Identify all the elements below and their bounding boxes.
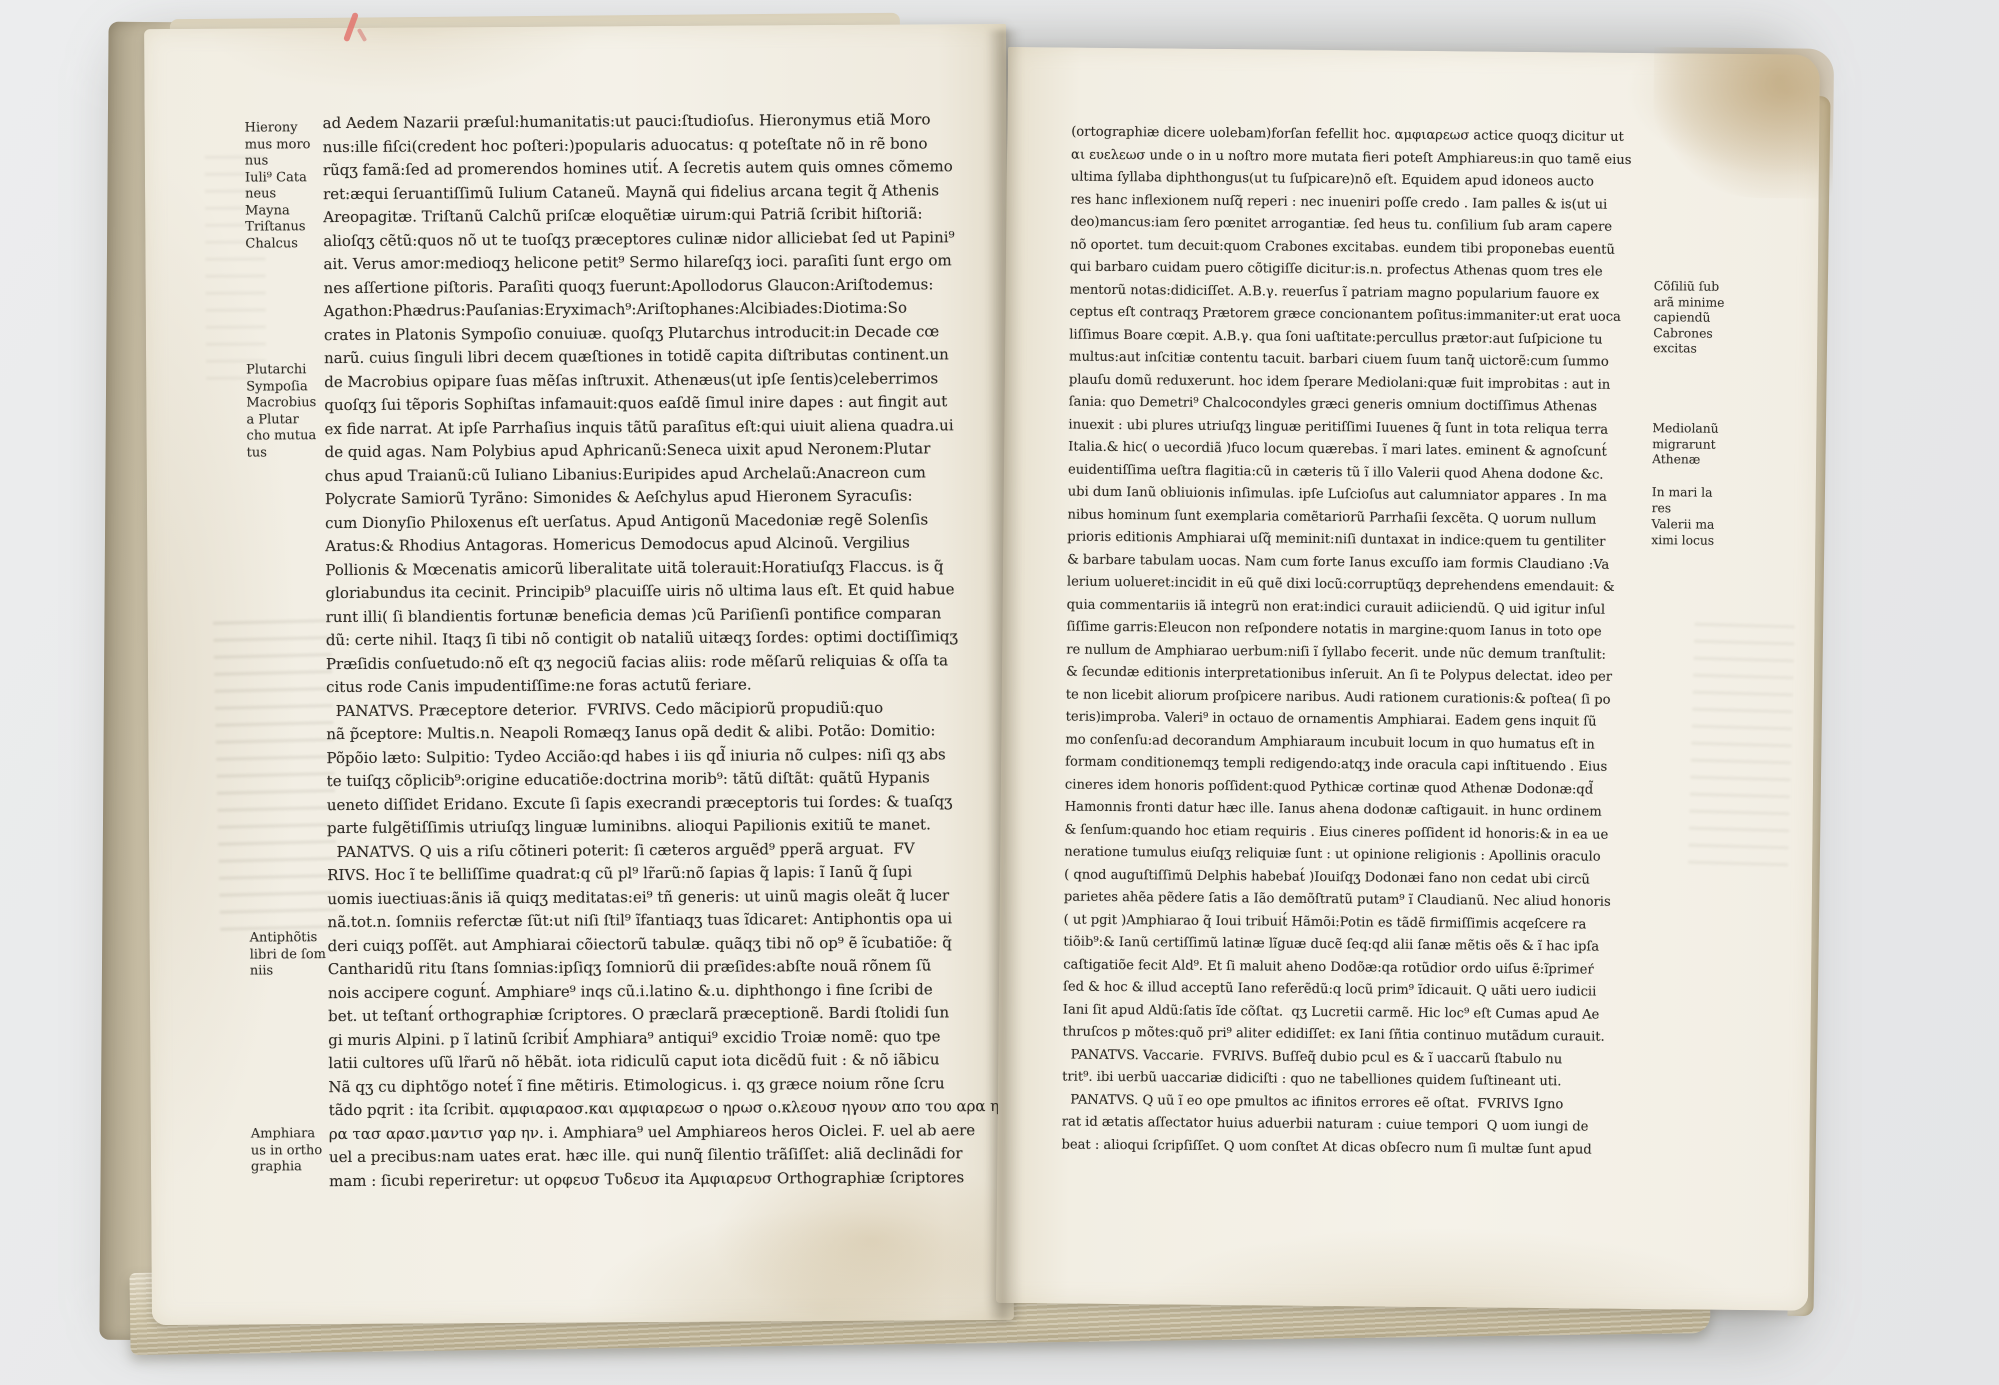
text-line: rũqʒ famã:ſed ad promerendos homines uti… [323,155,1001,183]
text-line: ait. Verus amor:medioqʒ helicone petit⁹ … [323,249,1001,277]
right-page: Cõſiliũ ſub arã minime capiendũ Cabrones… [996,47,1820,1311]
bleed-through-ghost-text [1688,613,1795,876]
right-page-text-block: (ortographiæ dicere uolebam)forſan fefel… [1061,122,1649,1163]
margin-note-mediolanum-migrarunt: Mediolanũ migrarunt Athenæ [1652,421,1772,469]
margin-note-amphiaraus-orthographia: Amphiara us in ortho graphia [251,1126,335,1176]
text-line: Areopagitæ. Triſtanũ Calchũ priſcæ eloqu… [323,202,1001,230]
book-gutter-shadow [986,30,1022,1320]
text-line: Polycrate Samiorũ Tyrãno: Simonides & Ae… [325,484,1003,512]
bleed-through-ghost-text [213,607,339,940]
text-line: quoſqʒ ſui tẽporis Sophiſtas infamauit:q… [324,390,1002,418]
text-line: Agathon:Phædrus:Pauſanias:Eryximach⁹:Ari… [324,296,1002,324]
margin-note-valerii-maximi-locus: Valerii ma ximi locus [1651,517,1771,549]
corner-stain [1653,47,1834,199]
text-line: de quid agas. Nam Polybius apud Aphrican… [325,437,1003,465]
margin-note-consilium-sub-ara: Cõſiliũ ſub arã minime capiendũ Cabrones… [1653,279,1774,358]
text-line: narũ. cuius ſinguli libri decem quæſtion… [324,343,1002,371]
text-line: Præſidis conſuetudo:nõ eſt qʒ negociũ fa… [326,648,1004,676]
text-line: nã p̃ceptore: Multis.n. Neapoli Romæqʒ I… [326,719,1004,747]
left-page-text-block: ad Aedem Nazarii præſul:humanitatis:ut p… [323,108,1008,1193]
text-line: uel a precibus:nam uates erat. hæc ille.… [329,1142,1007,1170]
text-line: ad Aedem Nazarii præſul:humanitatis:ut p… [323,108,1001,136]
text-line: bet. ut teſtant́ orthographiæ ſcriptores… [328,1001,1006,1029]
left-page: Hierony mus moro nus Iuli⁹ Cata neus May… [144,24,1014,1325]
text-line: latii cultores uſũ lr̃arũ nõ hẽbãt. iota… [328,1048,1006,1076]
text-line: dũ: certe nihil. Itaqʒ ſi tibi nõ contig… [326,625,1004,653]
margin-note-in-mari-lares: In mari la res [1652,485,1772,517]
text-line: tãdo pqrit : ita ſcribit. αμφιαραοσ.και … [329,1095,1007,1123]
text-line: te tuiſqʒ cõplicib⁹:origine educatiõe:do… [327,766,1005,794]
text-line: parte fulgẽtiſſimis utriuſqʒ linguæ lumi… [327,813,1005,841]
text-line: Cantharidũ ritu ſtans ſomnias:ipſiqʒ ſom… [328,954,1006,982]
text-line: RIVS. Hoc ĩ te belliſſime quadrat:q cũ p… [327,860,1005,888]
text-line: Aratus:& Rhodius Antagoras. Homericus De… [325,531,1003,559]
margin-note-antiphontis-libri: Antiphõtis libri de ſom niis [250,930,334,980]
text-line: gloriabundus ita cecinit. Principib⁹ pla… [325,578,1003,606]
margin-note-plutarchi-symposia: Plutarchi Sympoſia Macrobius a Plutar ch… [246,362,331,462]
text-line: mam : ſicubi reperiretur: ut ορφευσ Τυδε… [329,1165,1007,1193]
photograph-of-open-incunable-book: Hierony mus moro nus Iuli⁹ Cata neus May… [0,0,1999,1385]
margin-note-hieronymus-moronus: Hierony mus moro nus Iuli⁹ Cata neus May… [245,120,330,253]
text-line: nã.tot.n. ſomniis referctæ ſũt:ut niſi ſ… [327,907,1005,935]
